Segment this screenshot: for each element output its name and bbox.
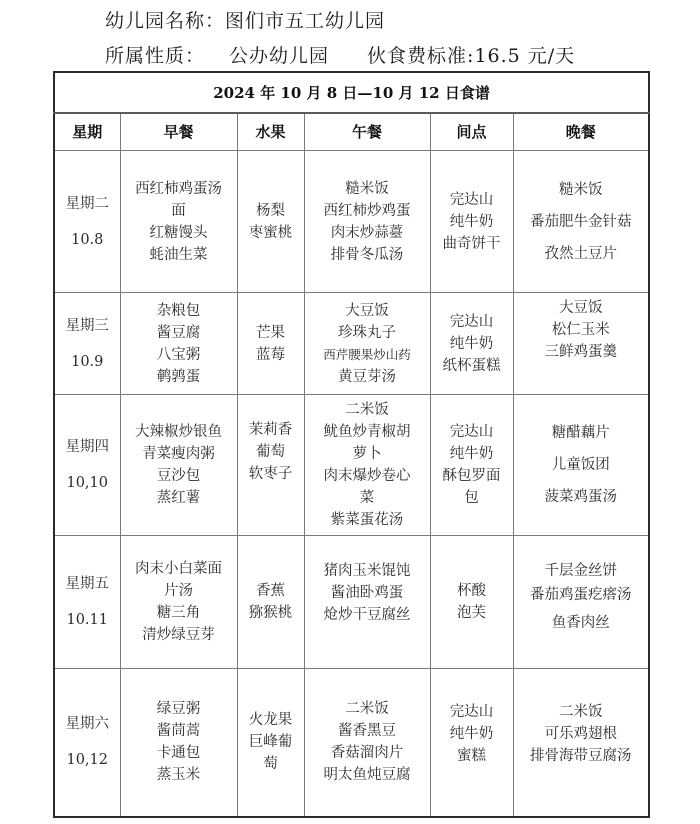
menu-item: 糙米饭 bbox=[345, 178, 389, 200]
menu-item: 完达山 bbox=[450, 311, 494, 333]
menu-item: 糖醋藕片 bbox=[552, 422, 610, 444]
menu-item: 酱油卧鸡蛋 bbox=[331, 582, 404, 604]
menu-item: 豆沙包 bbox=[157, 465, 201, 487]
menu-item: 番茄肥牛金针菇 bbox=[530, 211, 632, 233]
menu-item: 蚝油生菜 bbox=[150, 244, 208, 266]
menu-item: 二米饭 bbox=[559, 701, 603, 723]
menu-item: 清炒绿豆芽 bbox=[142, 624, 215, 646]
fruit-cell: 茉莉香 葡萄 软枣子 bbox=[237, 395, 304, 536]
menu-item: 杨梨 bbox=[256, 200, 285, 222]
fee-value: 16.5 元/天 bbox=[474, 45, 575, 67]
menu-item: 火龙果 bbox=[249, 709, 293, 731]
menu-item: 可乐鸡翅根 bbox=[545, 723, 618, 745]
menu-item: 红糖馒头 bbox=[150, 222, 208, 244]
day-date: 10,10 bbox=[55, 472, 120, 494]
breakfast-cell: 杂粮包 酱豆腐 八宝粥 鹌鹑蛋 bbox=[120, 293, 237, 395]
table-row: 星期三 10.9 杂粮包 酱豆腐 八宝粥 鹌鹑蛋 芒果 蓝莓 大豆饭 珍珠丸子 … bbox=[54, 293, 649, 395]
day-cell: 星期五 10.11 bbox=[54, 536, 120, 669]
menu-item: 萝卜 bbox=[353, 443, 382, 465]
weekly-menu-table: 2024 年 10 月 8 日—10 月 12 日食谱 星期 早餐 水果 午餐 … bbox=[53, 71, 650, 818]
menu-item: 黄豆芽汤 bbox=[338, 366, 396, 388]
fruit-cell: 香蕉 猕猴桃 bbox=[237, 536, 304, 669]
menu-item: 酱茼蒿 bbox=[157, 720, 201, 742]
menu-item: 大豆饭 bbox=[345, 300, 389, 322]
menu-item: 儿童饭团 bbox=[552, 454, 610, 476]
kindergarten-name: 图们市五工幼儿园 bbox=[225, 10, 385, 32]
menu-item: 片汤 bbox=[164, 580, 193, 602]
dinner-cell: 糖醋藕片 儿童饭团 菠菜鸡蛋汤 bbox=[513, 395, 649, 536]
menu-item: 糖三角 bbox=[157, 602, 201, 624]
menu-item: 猪肉玉米馄饨 bbox=[324, 560, 411, 582]
day-name: 星期三 bbox=[55, 315, 120, 337]
menu-item: 完达山 bbox=[450, 421, 494, 443]
menu-item: 茉莉香 bbox=[249, 419, 293, 441]
menu-item: 萄 bbox=[263, 753, 278, 775]
menu-item: 鱼香肉丝 bbox=[552, 612, 610, 634]
breakfast-cell: 绿豆粥 酱茼蒿 卡通包 蒸玉米 bbox=[120, 669, 237, 817]
fruit-cell: 芒果 蓝莓 bbox=[237, 293, 304, 395]
menu-item: 菜 bbox=[360, 487, 375, 509]
menu-item: 完达山 bbox=[450, 701, 494, 723]
snack-cell: 完达山 纯牛奶 酥包罗面 包 bbox=[430, 395, 513, 536]
menu-item: 西红柿鸡蛋汤 bbox=[135, 178, 222, 200]
day-cell: 星期四 10,10 bbox=[54, 395, 120, 536]
menu-item: 纯牛奶 bbox=[450, 333, 494, 355]
day-name: 星期五 bbox=[55, 573, 120, 595]
table-row: 星期四 10,10 大辣椒炒银鱼 青菜瘦肉粥 豆沙包 蒸红薯 茉莉香 葡萄 软枣… bbox=[54, 395, 649, 536]
breakfast-cell: 西红柿鸡蛋汤 面 红糖馒头 蚝油生菜 bbox=[120, 151, 237, 293]
table-row: 星期二 10.8 西红柿鸡蛋汤 面 红糖馒头 蚝油生菜 杨梨 枣蜜桃 糙米饭 西… bbox=[54, 151, 649, 293]
column-header-dinner: 晚餐 bbox=[513, 113, 649, 151]
kindergarten-name-line: 幼儿园名称：图们市五工幼儿园 bbox=[105, 6, 385, 33]
day-date: 10.9 bbox=[55, 351, 120, 373]
menu-item: 泡芙 bbox=[457, 602, 486, 624]
menu-item: 纯牛奶 bbox=[450, 443, 494, 465]
menu-item: 纯牛奶 bbox=[450, 211, 494, 233]
menu-item: 杂粮包 bbox=[157, 300, 201, 322]
day-date: 10.11 bbox=[55, 609, 120, 631]
menu-item: 葡萄 bbox=[256, 441, 285, 463]
menu-item: 蓝莓 bbox=[256, 344, 285, 366]
menu-item: 糙米饭 bbox=[559, 179, 603, 201]
menu-item: 珍珠丸子 bbox=[338, 322, 396, 344]
fruit-cell: 火龙果 巨峰葡 萄 bbox=[237, 669, 304, 817]
column-header-row: 星期 早餐 水果 午餐 间点 晚餐 bbox=[54, 113, 649, 151]
day-name: 星期四 bbox=[55, 436, 120, 458]
menu-item: 肉末爆炒卷心 bbox=[324, 465, 411, 487]
menu-item: 芒果 bbox=[256, 322, 285, 344]
dinner-cell: 二米饭 可乐鸡翅根 排骨海带豆腐汤 bbox=[513, 669, 649, 817]
column-header-day: 星期 bbox=[54, 113, 120, 151]
breakfast-cell: 大辣椒炒银鱼 青菜瘦肉粥 豆沙包 蒸红薯 bbox=[120, 395, 237, 536]
menu-item: 面 bbox=[171, 200, 186, 222]
lunch-cell: 二米饭 酱香黑豆 香菇溜肉片 明太鱼炖豆腐 bbox=[304, 669, 430, 817]
menu-item: 千层金丝饼 bbox=[545, 560, 618, 582]
table-row: 星期五 10.11 肉末小白菜面 片汤 糖三角 清炒绿豆芽 香蕉 猕猴桃 猪肉玉… bbox=[54, 536, 649, 669]
lunch-cell: 大豆饭 珍珠丸子 西芹腰果炒山药 黄豆芽汤 bbox=[304, 293, 430, 395]
menu-item: 蒸红薯 bbox=[157, 487, 201, 509]
menu-item: 曲奇饼干 bbox=[443, 233, 501, 255]
menu-item: 青菜瘦肉粥 bbox=[142, 443, 215, 465]
menu-item: 西芹腰果炒山药 bbox=[323, 344, 411, 366]
menu-item: 紫菜蛋花汤 bbox=[331, 509, 404, 531]
day-cell: 星期二 10.8 bbox=[54, 151, 120, 293]
fee-label: 伙食费标准: bbox=[367, 45, 474, 67]
dinner-cell: 大豆饭 松仁玉米 三鲜鸡蛋羹 bbox=[513, 293, 649, 395]
menu-item: 明太鱼炖豆腐 bbox=[324, 764, 411, 786]
menu-item: 西红柿炒鸡蛋 bbox=[324, 200, 411, 222]
menu-item: 孜然土豆片 bbox=[545, 243, 618, 265]
day-cell: 星期六 10,12 bbox=[54, 669, 120, 817]
menu-item: 酥包罗面 bbox=[443, 465, 501, 487]
menu-item: 酱香黑豆 bbox=[338, 720, 396, 742]
table-row: 星期六 10,12 绿豆粥 酱茼蒿 卡通包 蒸玉米 火龙果 巨峰葡 萄 二米饭 … bbox=[54, 669, 649, 817]
menu-item: 鱿鱼炒青椒胡 bbox=[324, 421, 411, 443]
menu-item: 八宝粥 bbox=[157, 344, 201, 366]
menu-item: 二米饭 bbox=[345, 399, 389, 421]
day-date: 10.8 bbox=[55, 229, 120, 251]
menu-item: 大豆饭 bbox=[559, 297, 603, 319]
menu-item: 绿豆粥 bbox=[157, 698, 201, 720]
column-header-snack: 间点 bbox=[430, 113, 513, 151]
menu-item: 蒸玉米 bbox=[157, 764, 201, 786]
menu-item: 包 bbox=[464, 487, 479, 509]
menu-item: 纸杯蛋糕 bbox=[443, 355, 501, 377]
menu-item: 排骨冬瓜汤 bbox=[331, 244, 404, 266]
day-cell: 星期三 10.9 bbox=[54, 293, 120, 395]
menu-item: 肉末小白菜面 bbox=[135, 558, 222, 580]
column-header-fruit: 水果 bbox=[237, 113, 304, 151]
menu-title-row: 2024 年 10 月 8 日—10 月 12 日食谱 bbox=[54, 72, 649, 113]
menu-item: 三鲜鸡蛋羹 bbox=[545, 341, 618, 363]
dinner-cell: 糙米饭 番茄肥牛金针菇 孜然土豆片 bbox=[513, 151, 649, 293]
column-header-lunch: 午餐 bbox=[304, 113, 430, 151]
menu-item: 卡通包 bbox=[157, 742, 201, 764]
snack-cell: 杯酸 泡芙 bbox=[430, 536, 513, 669]
menu-item: 番茄鸡蛋疙瘩汤 bbox=[530, 584, 632, 606]
menu-item: 二米饭 bbox=[345, 698, 389, 720]
day-name: 星期二 bbox=[55, 193, 120, 215]
menu-item: 香菇溜肉片 bbox=[331, 742, 404, 764]
fruit-cell: 杨梨 枣蜜桃 bbox=[237, 151, 304, 293]
snack-cell: 完达山 纯牛奶 蜜糕 bbox=[430, 669, 513, 817]
menu-item: 大辣椒炒银鱼 bbox=[135, 421, 222, 443]
snack-cell: 完达山 纯牛奶 纸杯蛋糕 bbox=[430, 293, 513, 395]
lunch-cell: 猪肉玉米馄饨 酱油卧鸡蛋 炝炒干豆腐丝 bbox=[304, 536, 430, 669]
menu-item: 排骨海带豆腐汤 bbox=[530, 745, 632, 767]
column-header-breakfast: 早餐 bbox=[120, 113, 237, 151]
lunch-cell: 糙米饭 西红柿炒鸡蛋 肉末炒蒜薹 排骨冬瓜汤 bbox=[304, 151, 430, 293]
menu-item: 猕猴桃 bbox=[249, 602, 293, 624]
menu-item: 松仁玉米 bbox=[552, 319, 610, 341]
menu-item: 软枣子 bbox=[249, 463, 293, 485]
menu-item: 香蕉 bbox=[256, 580, 285, 602]
menu-title: 2024 年 10 月 8 日—10 月 12 日食谱 bbox=[54, 72, 649, 113]
menu-item: 纯牛奶 bbox=[450, 723, 494, 745]
breakfast-cell: 肉末小白菜面 片汤 糖三角 清炒绿豆芽 bbox=[120, 536, 237, 669]
menu-item: 蜜糕 bbox=[457, 745, 486, 767]
lunch-cell: 二米饭 鱿鱼炒青椒胡 萝卜 肉末爆炒卷心 菜 紫菜蛋花汤 bbox=[304, 395, 430, 536]
nature-fee-line: 所属性质：公办幼儿园伙食费标准:16.5 元/天 bbox=[105, 41, 575, 68]
menu-item: 鹌鹑蛋 bbox=[157, 366, 201, 388]
nature-value: 公办幼儿园 bbox=[229, 45, 329, 67]
menu-item: 菠菜鸡蛋汤 bbox=[545, 486, 618, 508]
snack-cell: 完达山 纯牛奶 曲奇饼干 bbox=[430, 151, 513, 293]
menu-item: 完达山 bbox=[450, 189, 494, 211]
day-date: 10,12 bbox=[55, 749, 120, 771]
dinner-cell: 千层金丝饼 番茄鸡蛋疙瘩汤 鱼香肉丝 bbox=[513, 536, 649, 669]
nature-label: 所属性质： bbox=[105, 45, 205, 67]
menu-item: 肉末炒蒜薹 bbox=[331, 222, 404, 244]
menu-item: 杯酸 bbox=[457, 580, 486, 602]
menu-item: 枣蜜桃 bbox=[249, 222, 293, 244]
menu-item: 巨峰葡 bbox=[249, 731, 293, 753]
menu-item: 酱豆腐 bbox=[157, 322, 201, 344]
kindergarten-name-label: 幼儿园名称： bbox=[105, 10, 225, 32]
menu-item: 炝炒干豆腐丝 bbox=[324, 604, 411, 626]
day-name: 星期六 bbox=[55, 713, 120, 735]
